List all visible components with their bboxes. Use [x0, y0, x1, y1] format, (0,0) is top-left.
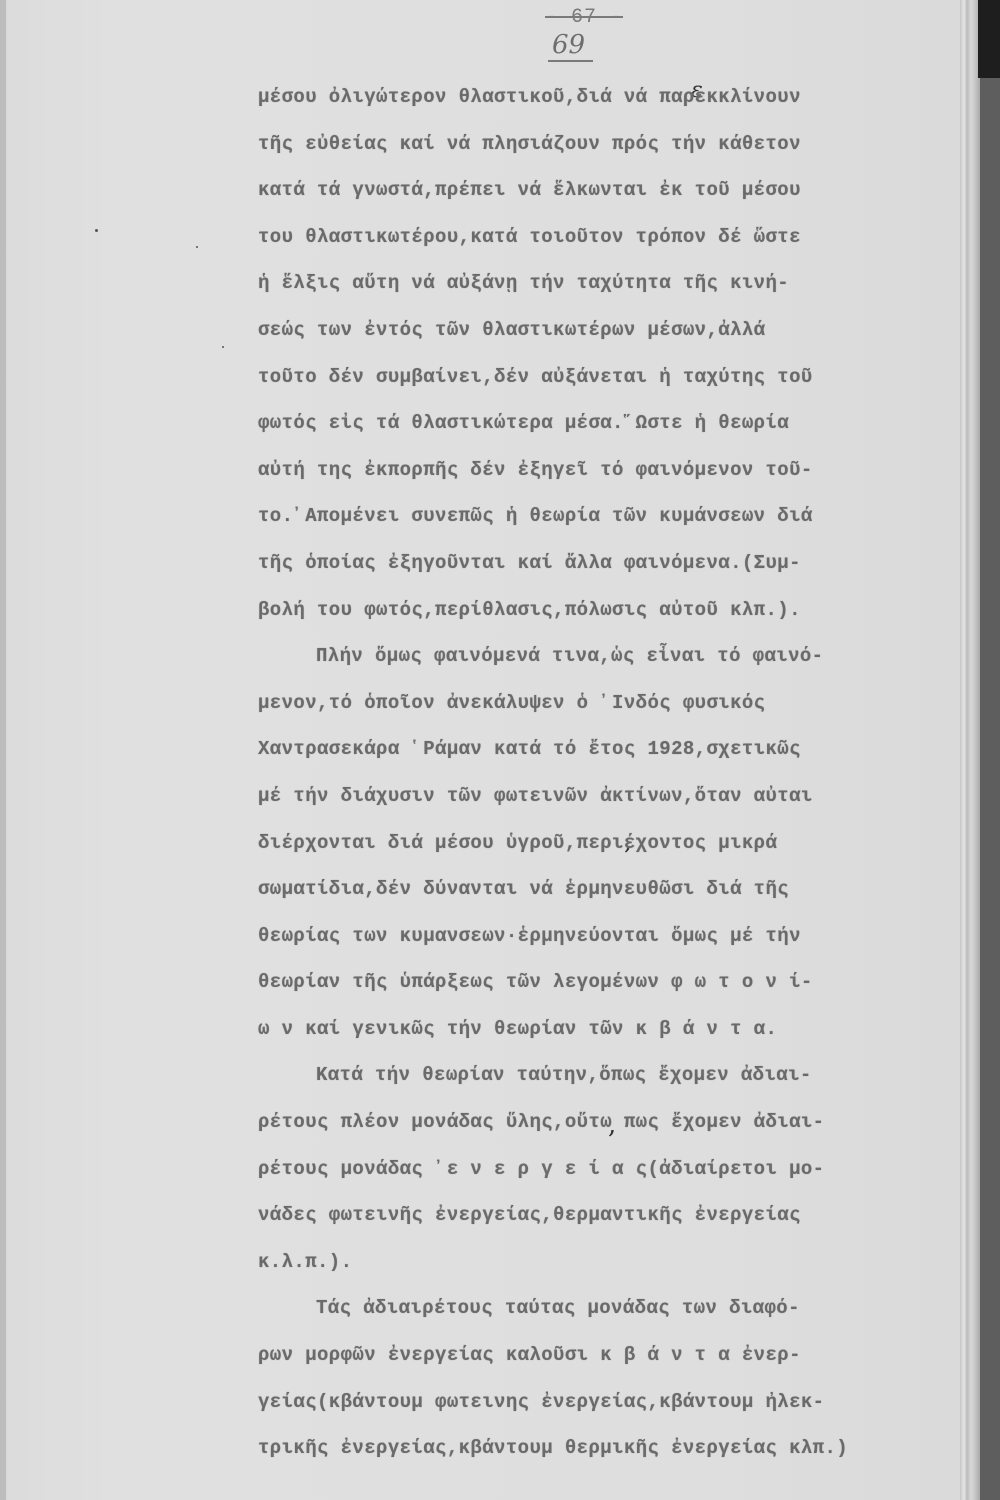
text-line: Χαντρασεκάρα ῾Ράμαν κατά τό ἔτος 1928,σχ…	[258, 726, 948, 773]
page-left-edge	[0, 0, 6, 1500]
binding-page-stack	[960, 0, 980, 1500]
text-line: θεωρίας των κυμανσεων·ἑρμηνεύονται ὅμως …	[258, 913, 948, 960]
text-line: τῆς ὁποίας ἐξηγοῦνται καί ἄλλα φαινόμενα…	[258, 540, 948, 587]
paper-speck	[95, 229, 98, 232]
text-line: διέρχονται διά μέσου ὑγροῦ,περιέχοντος μ…	[258, 820, 948, 867]
binding-cover	[980, 0, 1000, 1500]
binding-cover-corner	[978, 0, 1000, 78]
text-line: ω ν καί γενικῶς τήν θεωρίαν τῶν κ β ά ν …	[258, 1006, 948, 1053]
text-line: κ.λ.π.).	[258, 1239, 948, 1286]
text-line: σωματίδια,δέν δύνανται νά ἑρμηνευθῶσι δι…	[258, 866, 948, 913]
text-line: φωτός εἰς τά θλαστικώτερα μέσα.῞Ωστε ἡ θ…	[258, 400, 948, 447]
typed-page-number: - 67 -	[545, 6, 623, 29]
text-line: κατά τά γνωστά,πρέπει νά ἕλκωνται ἐκ τοῦ…	[258, 167, 948, 214]
text-line: αὐτή της ἐκπορπῆς δέν ἐξηγεῖ τό φαινόμεν…	[258, 447, 948, 494]
text-line: γείας(κβάντουμ φωτεινης ἐνεργείας,κβάντο…	[258, 1379, 948, 1426]
text-line: μενον,τό ὁποῖον ἀνεκάλυψεν ὁ ᾿Ινδός φυσι…	[258, 680, 948, 727]
text-line: τρικῆς ἐνεργείας,κβάντουμ θερμικῆς ἐνεργ…	[258, 1425, 948, 1472]
text-line: ρέτους μονάδας ᾿ε ν ε ρ γ ε ί α ς(ἀδιαίρ…	[258, 1146, 948, 1193]
scanned-page: - 67 - 69 ε , , μέσου ὀλιγώτερον θλαστικ…	[0, 0, 960, 1500]
text-line: νάδες φωτεινῆς ἐνεργείας,θερμαντικῆς ἐνε…	[258, 1192, 948, 1239]
paragraph-start-line: Κατά τήν θεωρίαν ταύτην,ὅπως ἔχομεν ἀδια…	[258, 1052, 948, 1099]
paper-speck	[196, 246, 198, 248]
text-line: ἡ ἕλξις αὕτη νά αὐξάνῃ τήν ταχύτητα τῆς …	[258, 260, 948, 307]
text-line: το.᾿Απομένει συνεπῶς ἡ θεωρία τῶν κυμάνσ…	[258, 493, 948, 540]
struck-page-number: - 67 -	[545, 6, 623, 29]
text-line: μέ τήν διάχυσιν τῶν φωτεινῶν ἀκτίνων,ὅτα…	[258, 773, 948, 820]
text-line: σεώς των ἐντός τῶν θλαστικωτέρων μέσων,ἀ…	[258, 307, 948, 354]
text-line: τῆς εὐθείας καί νά πλησιάζουν πρός τήν κ…	[258, 121, 948, 168]
text-line: ρέτους πλέον μονάδας ὕλης,οὕτω πως ἔχομε…	[258, 1099, 948, 1146]
paragraph-start-line: Πλήν ὅμως φαινόμενά τινα,ὡς εἶναι τό φαι…	[258, 633, 948, 680]
text-line: τοῦτο δέν συμβαίνει,δέν αὐξάνεται ἡ ταχύ…	[258, 354, 948, 401]
paragraph-start-line: Τάς ἀδιαιρέτους ταύτας μονάδας των διαφό…	[258, 1285, 948, 1332]
text-line: θεωρίαν τῆς ὑπάρξεως τῶν λεγομένων φ ω τ…	[258, 959, 948, 1006]
paper-speck	[222, 346, 224, 348]
document-body: μέσου ὀλιγώτερον θλαστικοῦ,διά νά παρεκκ…	[258, 74, 948, 1472]
text-line: μέσου ὀλιγώτερον θλαστικοῦ,διά νά παρεκκ…	[258, 74, 948, 121]
handwritten-page-number: 69	[548, 30, 593, 62]
text-line: βολή του φωτός,περίθλασις,πόλωσις αὐτοῦ …	[258, 587, 948, 634]
text-line: του θλαστικωτέρου,κατά τοιοῦτον τρόπον δ…	[258, 214, 948, 261]
text-line: ρων μορφῶν ἐνεργείας καλοῦσι κ β ά ν τ α…	[258, 1332, 948, 1379]
